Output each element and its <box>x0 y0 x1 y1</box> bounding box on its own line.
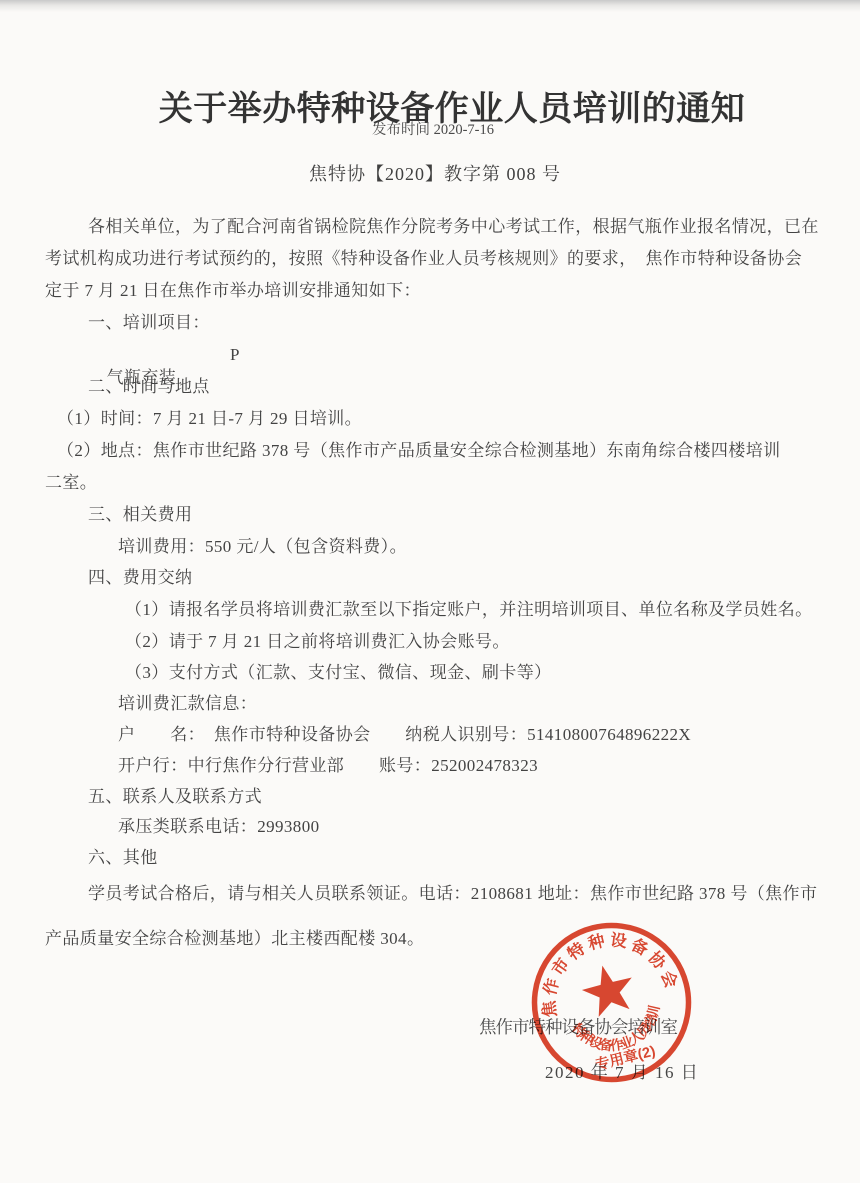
svg-text:焦: 焦 <box>538 999 560 1018</box>
svg-text:作: 作 <box>539 976 563 997</box>
paragraph-line: 考试机构成功进行考试预约的，按照《特种设备作业人员考核规则》的要求， 焦作市特种… <box>45 247 802 270</box>
svg-text:会: 会 <box>657 968 682 991</box>
section-heading-6: 六、其他 <box>88 846 158 869</box>
paragraph-line: 学员考试合格后，请与相关人员联系领证。电话：2108681 地址：焦作市世纪路 … <box>88 882 817 905</box>
section-heading-4: 四、费用交纳 <box>88 566 192 589</box>
list-item: （1）时间：7 月 21 日-7 月 29 日培训。 <box>57 407 362 430</box>
paragraph-line: 各相关单位，为了配合河南省锅检院焦作分院考务中心考试工作，根据气瓶作业报名情况，… <box>88 215 819 238</box>
bank-account-line: 开户行：中行焦作分行营业部 账号：252002478323 <box>118 754 538 777</box>
publish-date-line: 发布时间 2020-7-16 <box>0 118 860 139</box>
paragraph-line: 定于 7 月 21 日在焦作市举办培训安排通知如下： <box>45 279 421 302</box>
list-item: （2）地点：焦作市世纪路 378 号（焦作市产品质量安全综合检测基地）东南角综合… <box>57 439 781 462</box>
account-name-line: 户 名： 焦作市特种设备协会 纳税人识别号：51410800764896222X <box>118 723 691 746</box>
document-number: 焦特协【2020】教字第 008 号 <box>0 160 860 186</box>
list-item-continuation: 二室。 <box>45 471 97 494</box>
list-item: （1）请报名学员将培训费汇款至以下指定账户，并注明培训项目、单位名称及学员姓名。 <box>125 598 813 621</box>
scanned-notice-page: { "document": { "title": "关于举办特种设备作业人员培训… <box>0 0 860 1183</box>
section-heading-3: 三、相关费用 <box>88 503 192 526</box>
training-item-code: P <box>230 343 240 366</box>
svg-text:种: 种 <box>585 931 607 954</box>
remittance-info-label: 培训费汇款信息： <box>118 692 257 715</box>
section-heading-1: 一、培训项目： <box>88 311 210 334</box>
svg-text:设: 设 <box>609 930 628 951</box>
section-heading-5: 五、联系人及联系方式 <box>88 785 262 808</box>
scan-edge-artifact <box>0 0 860 12</box>
svg-text:训: 训 <box>645 1004 663 1021</box>
paragraph-line: 产品质量安全综合检测基地）北主楼西配楼 304。 <box>45 927 424 950</box>
official-seal-stamp: 专用章(2) 焦作市特种设备协会特种设备作业人员培训 <box>524 915 699 1090</box>
list-item: （3）支付方式（汇款、支付宝、微信、现金、刷卡等） <box>125 661 552 684</box>
list-item: （2）请于 7 月 21 日之前将培训费汇入协会账号。 <box>125 630 510 653</box>
contact-phone-line: 承压类联系电话：2993800 <box>118 815 320 838</box>
fee-line: 培训费用：550 元/人（包含资料费）。 <box>118 535 407 558</box>
seal-star-icon <box>577 959 639 1019</box>
section-heading-2: 二、时间与地点 <box>88 375 210 398</box>
